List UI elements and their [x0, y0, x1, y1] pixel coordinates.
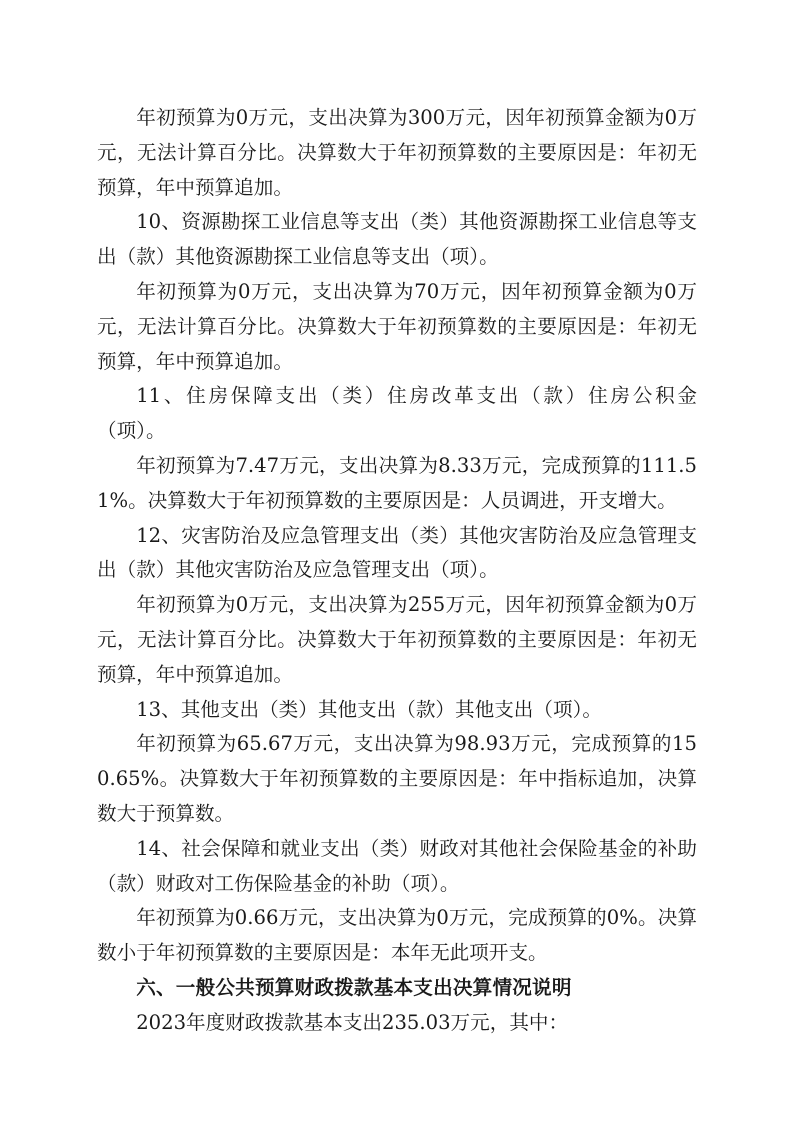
paragraph-item13-title: 13、其他支出（类）其他支出（款）其他支出（项）。: [97, 693, 697, 728]
paragraph-item14-explanation: 年初预算为0.66万元，支出决算为0万元，完成预算的0%。决算数小于年初预算数的…: [97, 901, 697, 971]
paragraph-item10-explanation: 年初预算为0万元，支出决算为70万元，因年初预算金额为0万元，无法计算百分比。决…: [97, 275, 697, 379]
paragraph-item14-title: 14、社会保障和就业支出（类）财政对其他社会保险基金的补助（款）财政对工伤保险基…: [97, 832, 697, 902]
paragraph-item9-explanation: 年初预算为0万元，支出决算为300万元，因年初预算金额为0万元，无法计算百分比。…: [97, 101, 697, 205]
paragraph-item11-explanation: 年初预算为7.47万元，支出决算为8.33万元，完成预算的111.51%。决算数…: [97, 449, 697, 519]
paragraph-item12-explanation: 年初预算为0万元，支出决算为255万元，因年初预算金额为0万元，无法计算百分比。…: [97, 588, 697, 692]
section-heading-6: 六、一般公共预算财政拨款基本支出决算情况说明: [97, 971, 697, 1006]
paragraph-item10-title: 10、资源勘探工业信息等支出（类）其他资源勘探工业信息等支出（款）其他资源勘探工…: [97, 205, 697, 275]
document-page: 年初预算为0万元，支出决算为300万元，因年初预算金额为0万元，无法计算百分比。…: [97, 101, 697, 1041]
paragraph-basic-expenditure-intro: 2023年度财政拨款基本支出235.03万元，其中：: [97, 1006, 697, 1041]
paragraph-item11-title: 11、住房保障支出（类）住房改革支出（款）住房公积金（项）。: [97, 379, 697, 449]
paragraph-item13-explanation: 年初预算为65.67万元，支出决算为98.93万元，完成预算的150.65%。决…: [97, 727, 697, 831]
paragraph-item12-title: 12、灾害防治及应急管理支出（类）其他灾害防治及应急管理支出（款）其他灾害防治及…: [97, 519, 697, 589]
